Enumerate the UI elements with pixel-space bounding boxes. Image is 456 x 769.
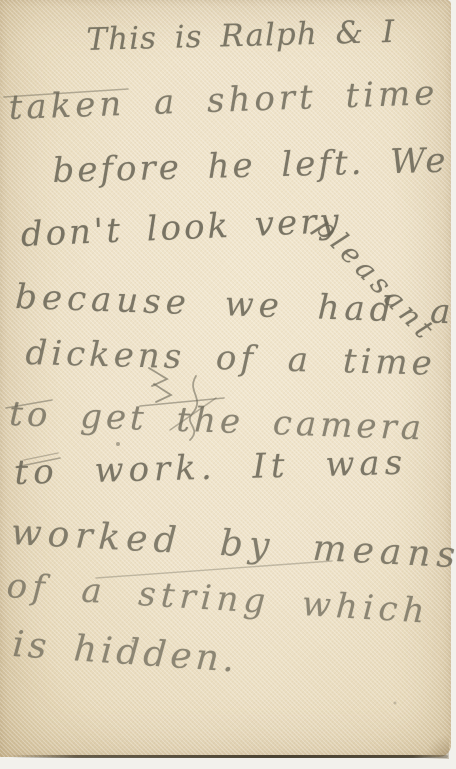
scan-background: This is Ralph & I taken a short time bef… <box>0 0 456 769</box>
card-bottom-edge-shadow <box>10 755 448 758</box>
note-paper: This is Ralph & I taken a short time bef… <box>0 0 451 757</box>
